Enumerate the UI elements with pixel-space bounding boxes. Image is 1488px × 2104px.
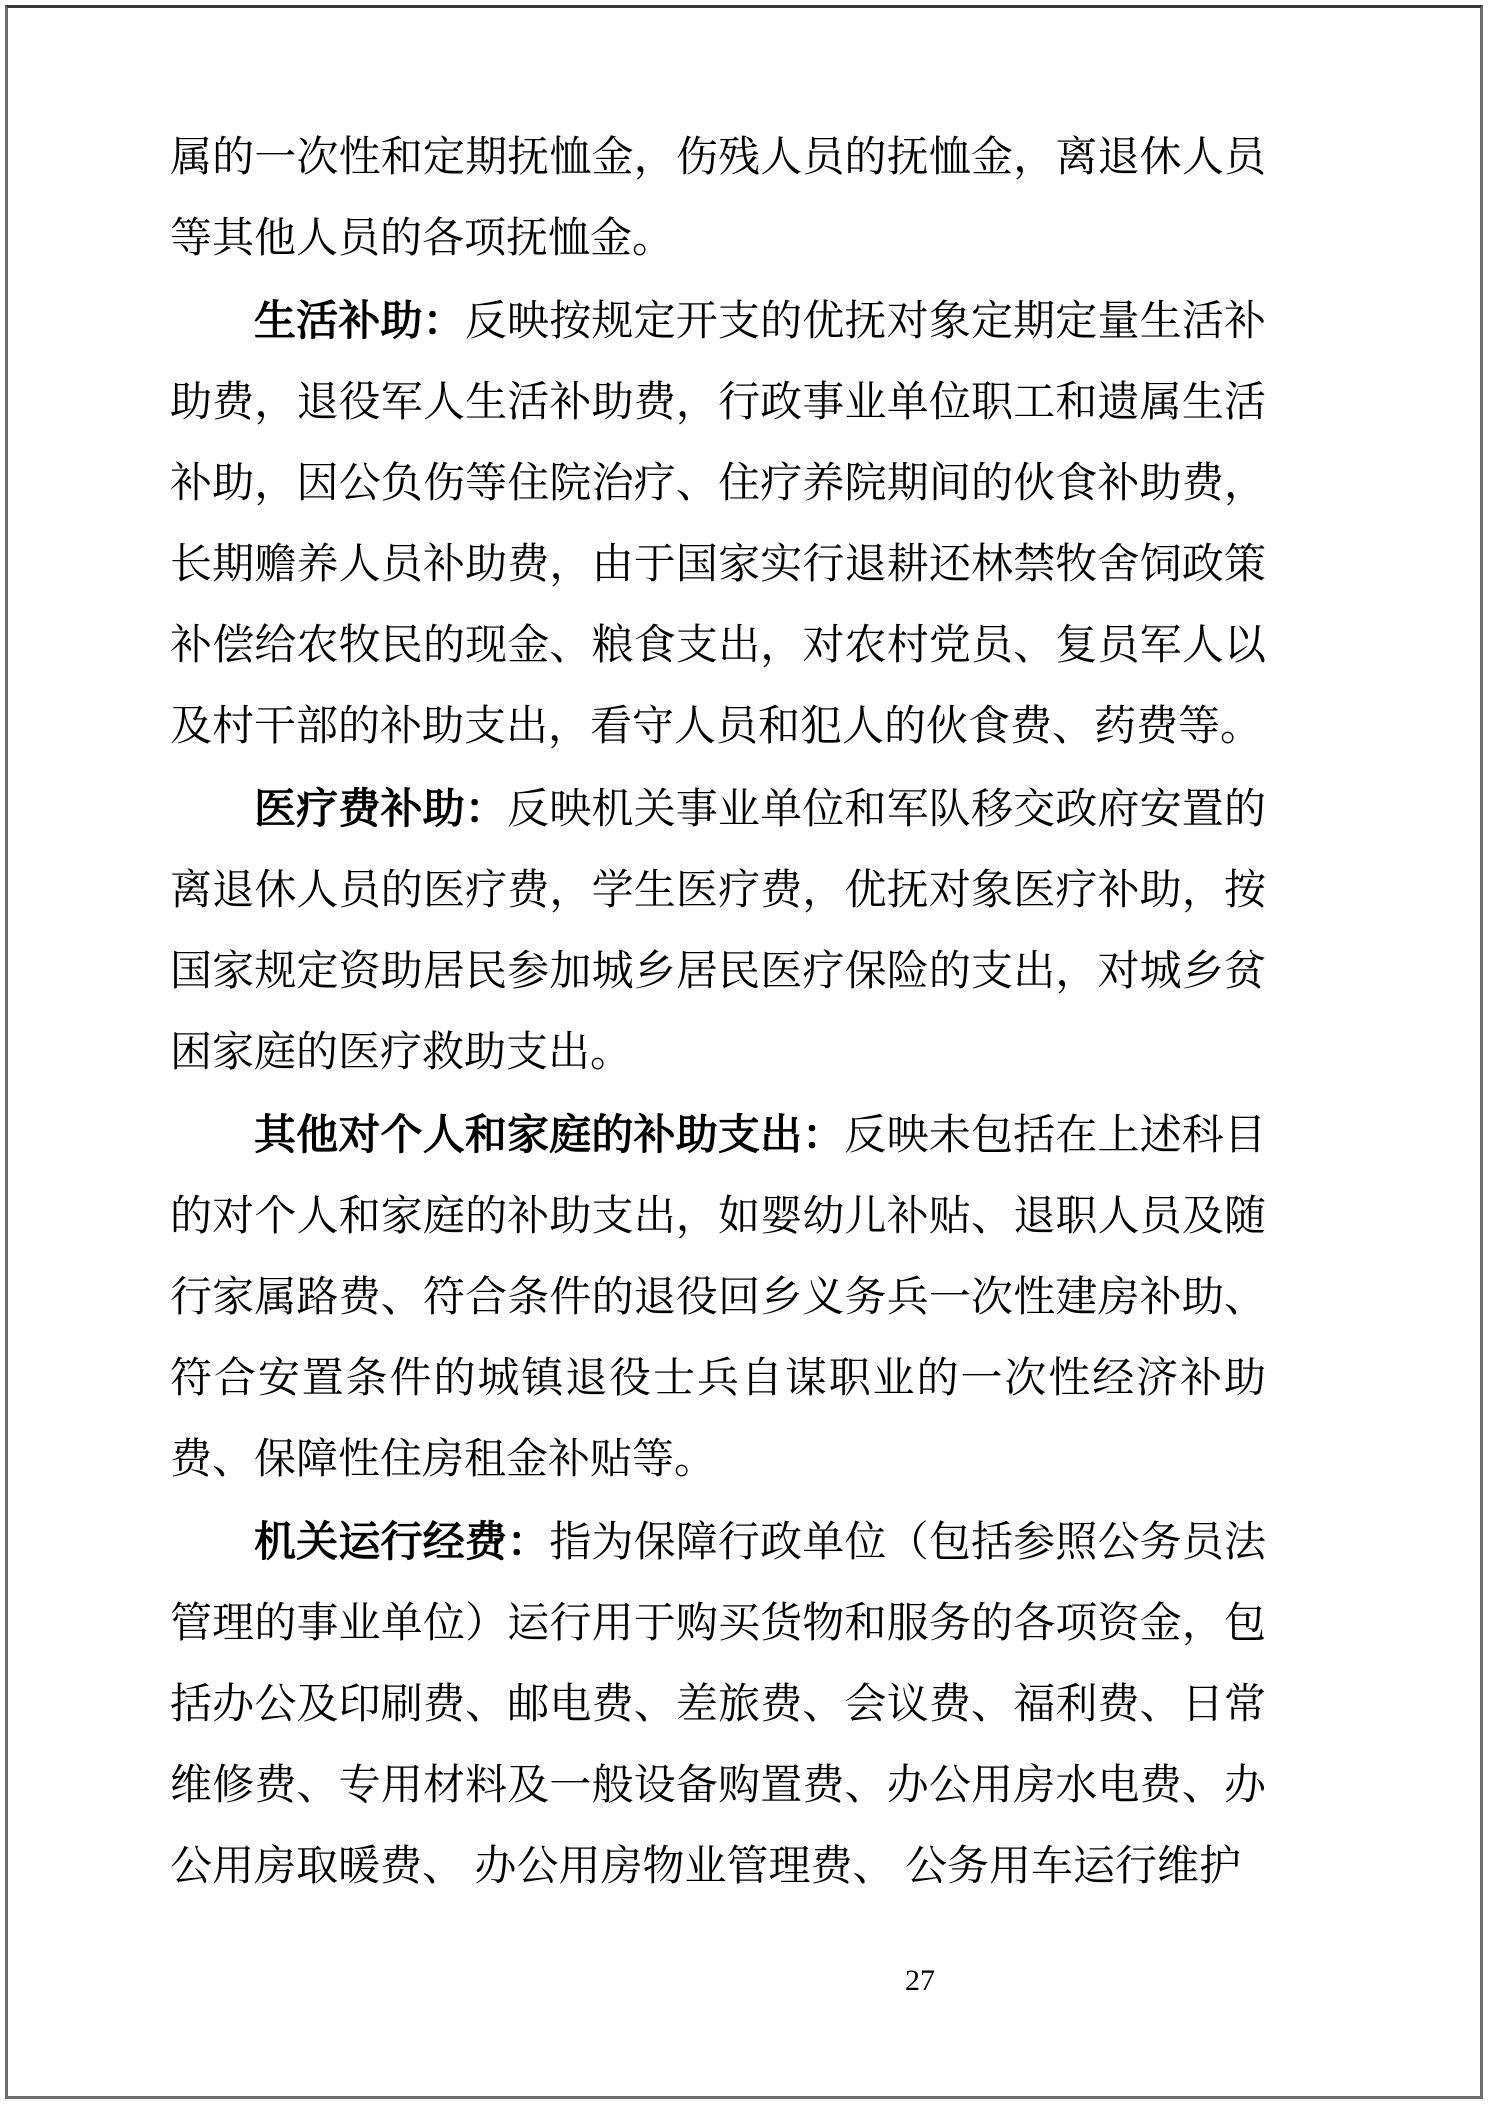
paragraph-body: 属的一次性和定期抚恤金，伤残人员的抚恤金，离退休人员等其他人员的各项抚恤金。 <box>170 135 1266 262</box>
paragraph-body: 反映按规定开支的优抚对象定期定量生活补助费，退役军人生活补助费，行政事业单位职工… <box>170 299 1266 750</box>
paragraph-lead: 生活补助： <box>254 297 465 344</box>
paragraph-other-individual-family-subsidy: 其他对个人和家庭的补助支出：反映未包括在上述科目的对个人和家庭的补助支出，如婴幼… <box>170 1094 1266 1501</box>
paragraph-agency-operating-funds: 机关运行经费：指为保障行政单位（包括参照公务员法管理的事业单位）运行用于购买货物… <box>170 1501 1266 1908</box>
paragraph-body: 反映未包括在上述科目的对个人和家庭的补助支出，如婴幼儿补贴、退职人员及随行家属路… <box>170 1113 1266 1483</box>
paragraph-lead: 医疗费补助： <box>254 785 507 832</box>
paragraph-lead: 机关运行经费： <box>254 1518 549 1565</box>
paragraph-body: 指为保障行政单位（包括参照公务员法管理的事业单位）运行用于购买货物和服务的各项资… <box>170 1520 1266 1890</box>
document-body: 属的一次性和定期抚恤金，伤残人员的抚恤金，离退休人员等其他人员的各项抚恤金。 生… <box>170 116 1266 1908</box>
paragraph-lead: 其他对个人和家庭的补助支出： <box>254 1111 844 1158</box>
paragraph-medical-subsidy: 医疗费补助：反映机关事业单位和军队移交政府安置的离退休人员的医疗费，学生医疗费，… <box>170 768 1266 1094</box>
paragraph-pensions-continuation: 属的一次性和定期抚恤金，伤残人员的抚恤金，离退休人员等其他人员的各项抚恤金。 <box>170 116 1266 280</box>
page-number: 27 <box>905 1962 935 2000</box>
paragraph-living-allowance: 生活补助：反映按规定开支的优抚对象定期定量生活补助费，退役军人生活补助费，行政事… <box>170 280 1266 768</box>
